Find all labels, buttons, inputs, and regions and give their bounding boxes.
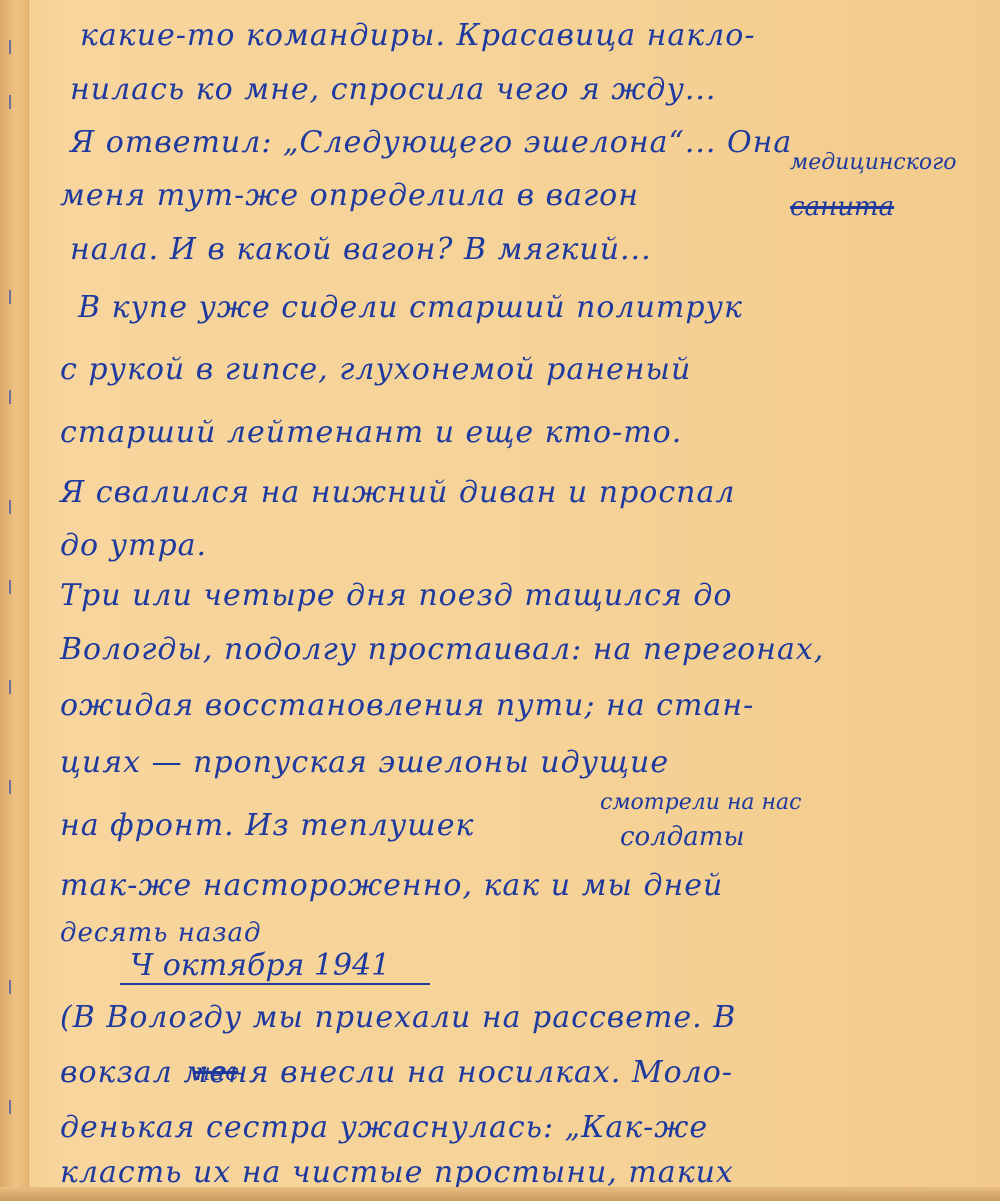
text-line: вокзал меня внесли на носилках. Моло- [60,1055,733,1090]
inserted-word: смотрели на нас [600,790,801,815]
text-line: старший лейтенант и еще кто-то. [60,415,682,450]
date-heading: Ч октября 1941 [120,948,430,985]
text-line: нала. И в какой вагон? В мягкий... [70,232,652,267]
text-line: В купе уже сидели старший политрук [78,290,743,325]
text-line: (В Вологду мы приехали на рассвете. В [60,1000,736,1035]
inserted-word: медицинского [790,150,956,175]
spine-mark [9,680,11,694]
spine-mark [9,95,11,109]
text-line: класть их на чистые простыни, таких [60,1155,734,1190]
text-line: Вологды, подолгу простаивал: на перегона… [60,632,824,667]
spine-mark [9,500,11,514]
spine-mark [9,580,11,594]
text-line: десять назад [60,918,262,948]
spine-mark [9,290,11,304]
page-edge [0,1187,1000,1201]
notebook-page: какие-то командиры. Красавица накло- нил… [0,0,1000,1201]
text-line: с рукой в гипсе, глухонемой раненый [60,352,691,387]
text-line: до утра. [60,528,207,563]
text-line: Я ответил: „Следующего эшелона“... Она [70,125,792,160]
text-line: денькая сестра ужаснулась: „Как-же [60,1110,708,1145]
text-line: Я свалился на нижний диван и проспал [60,475,735,510]
crossed-word: санита [790,192,894,222]
spine-mark [9,390,11,404]
original-word: солдаты [620,822,745,852]
text-line: на фронт. Из теплушек [60,808,474,843]
text-line: циях — пропуская эшелоны идущие [60,745,669,780]
crossed-word: нас [195,1058,239,1086]
text-line: какие-то командиры. Красавица накло- [80,18,756,53]
text-line: Три или четыре дня поезд тащился до [60,578,732,613]
text-line: нилась ко мне, спросила чего я жду... [70,72,716,107]
text-line: так-же настороженно, как и мы дней [60,868,723,903]
spine-mark [9,980,11,994]
spine-mark [9,40,11,54]
notebook-spine [0,0,29,1201]
spine-mark [9,780,11,794]
text-line: меня тут-же определила в вагон [60,178,639,213]
spine-mark [9,1100,11,1114]
text-line: ожидая восстановления пути; на стан- [60,688,754,723]
